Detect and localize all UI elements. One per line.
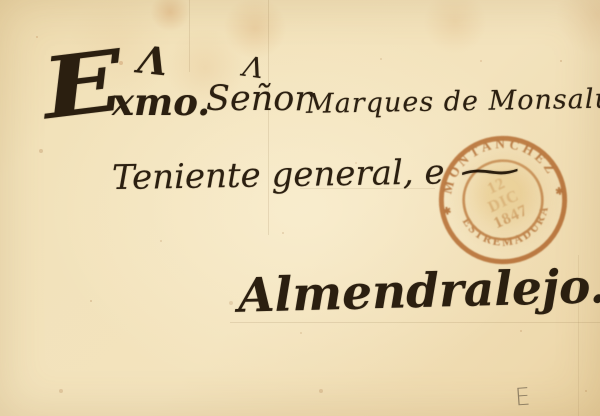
address-line3-destination: Almendralejo.	[237, 263, 600, 320]
address-line1-addressee-name: Marques de Monsalu—	[306, 85, 600, 118]
abbreviation-mark-2: Λ	[241, 53, 265, 84]
address-line1-honorific: Señor	[206, 82, 311, 117]
pencil-mark: E	[514, 383, 531, 412]
address-line1-abbreviation: xmo.	[112, 84, 210, 121]
address-line2: Teniente general, e~	[112, 155, 474, 195]
paper-crease-vertical-1	[189, 0, 190, 72]
postmark-stamp: MONTANCHEZ ESTREMADURA ✱ ✱ 12 DIC 1847	[425, 122, 580, 277]
postmark-ink-fade	[425, 122, 580, 277]
letter-cover: E Λ xmo. Señor Λ Marques de Monsalu— Ten…	[0, 0, 600, 416]
address-line2-text: Teniente general, e	[112, 152, 445, 198]
paper-flecks	[0, 0, 2, 2]
abbreviation-mark-1: Λ	[136, 41, 169, 82]
